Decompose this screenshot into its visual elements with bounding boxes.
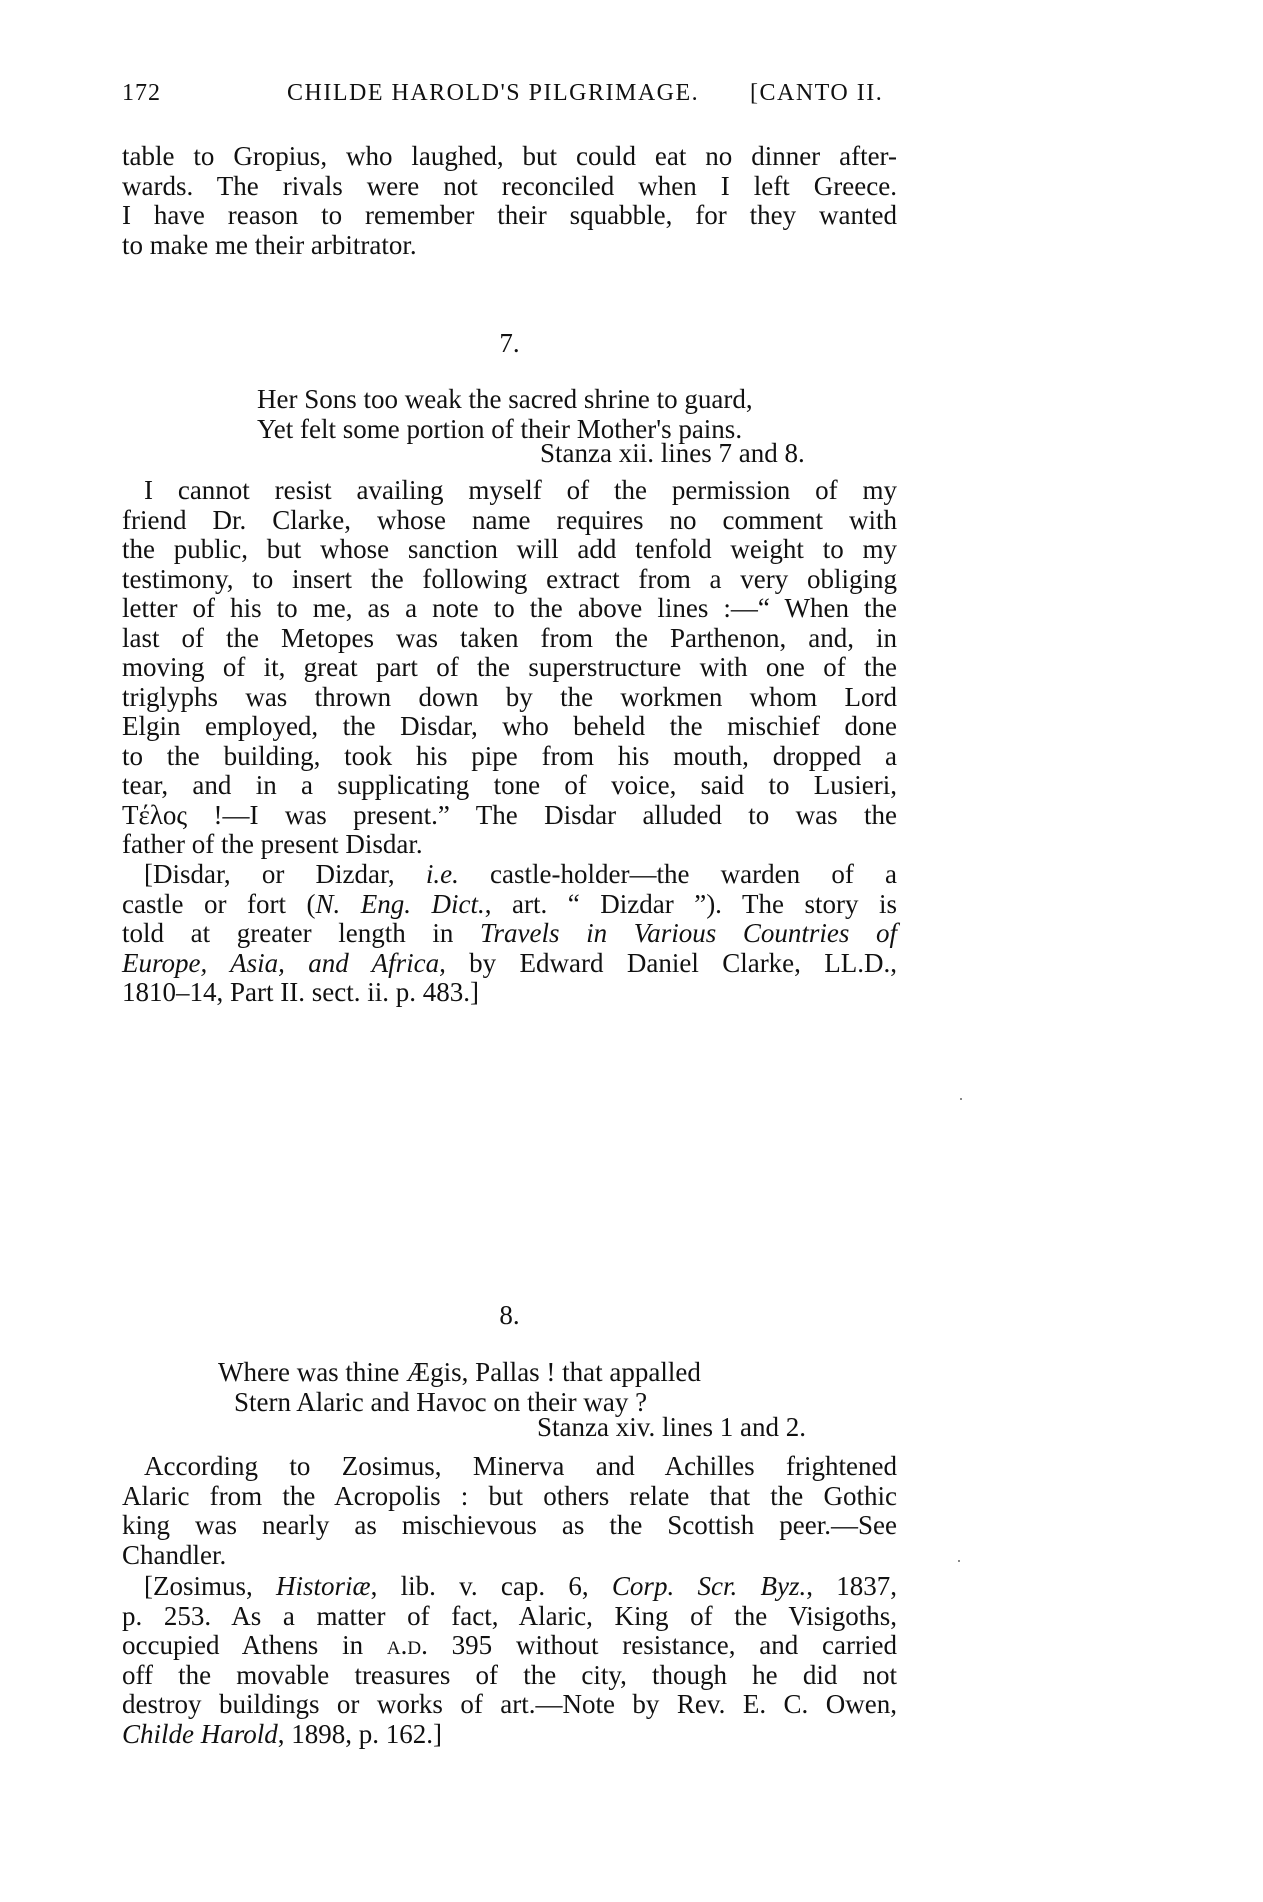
- text-line: castle or fort (N. Eng. Dict., art. “ Di…: [122, 890, 897, 920]
- text-run: castle or fort (: [122, 889, 315, 919]
- text-line: to the building, took his pipe from his …: [122, 742, 897, 772]
- verse-line: Her Sons too weak the sacred shrine to g…: [257, 385, 753, 415]
- text-line: Childe Harold, 1898, p. 162.]: [122, 1720, 897, 1750]
- editor-note-paragraph: [Zosimus, Historiæ, lib. v. cap. 6, Corp…: [122, 1572, 897, 1749]
- text-run: castle-holder—the warden of a: [459, 859, 897, 889]
- stanza-reference: Stanza xii. lines 7 and 8.: [540, 438, 805, 469]
- text-line: occupied Athens in a.d. 395 without resi…: [122, 1631, 897, 1661]
- running-title: CHILDE HAROLD'S PILGRIMAGE.: [287, 80, 699, 107]
- small-caps-run: a.d.: [387, 1630, 428, 1660]
- text-line: wards. The rivals were not reconciled wh…: [122, 172, 897, 202]
- text-line: letter of his to me, as a note to the ab…: [122, 594, 897, 624]
- text-line: I have reason to remember their squabble…: [122, 201, 897, 231]
- note-paragraph: According to Zosimus, Minerva and Achill…: [122, 1452, 897, 1570]
- text-line: last of the Metopes was taken from the P…: [122, 624, 897, 654]
- text-line: [Zosimus, Historiæ, lib. v. cap. 6, Corp…: [122, 1572, 897, 1602]
- text-line: According to Zosimus, Minerva and Achill…: [122, 1452, 897, 1482]
- page-number: 172: [122, 80, 161, 107]
- continuation-paragraph: table to Gropius, who laughed, but could…: [122, 142, 897, 260]
- note-number: 7.: [122, 328, 897, 359]
- text-run: , art. “ Dizdar ”). The story is: [485, 889, 897, 919]
- text-line: table to Gropius, who laughed, but could…: [122, 142, 897, 172]
- italic-run: i.e.: [426, 859, 459, 889]
- editor-note-paragraph: [Disdar, or Dizdar, i.e. castle-holder—t…: [122, 860, 897, 1008]
- text-run: , 1837,: [806, 1571, 897, 1601]
- text-line: father of the present Disdar.: [122, 830, 897, 860]
- text-line: [Disdar, or Dizdar, i.e. castle-holder—t…: [122, 860, 897, 890]
- text-line: Alaric from the Acropolis : but others r…: [122, 1482, 897, 1512]
- italic-run: Europe, Asia, and Africa,: [122, 948, 446, 978]
- text-line: destroy buildings or works of art.—Note …: [122, 1690, 897, 1720]
- text-line: I cannot resist availing myself of the p…: [122, 476, 897, 506]
- scan-speck: [960, 1098, 962, 1100]
- text-line: Elgin employed, the Disdar, who beheld t…: [122, 712, 897, 742]
- text-line: tear, and in a supplicating tone of voic…: [122, 771, 897, 801]
- text-line: off the movable treasures of the city, t…: [122, 1661, 897, 1691]
- text-line: Tέλος !—I was present.” The Disdar allud…: [122, 801, 897, 831]
- text-line: told at greater length in Travels in Var…: [122, 919, 897, 949]
- stanza-reference: Stanza xiv. lines 1 and 2.: [537, 1412, 806, 1443]
- note-paragraph: I cannot resist availing myself of the p…: [122, 476, 897, 860]
- text-run: 395 without resistance, and carried: [428, 1630, 897, 1660]
- text-run: told at greater length in: [122, 918, 480, 948]
- text-run: , lib. v. cap. 6,: [371, 1571, 612, 1601]
- text-line: testimony, to insert the following extra…: [122, 565, 897, 595]
- scan-speck: [958, 1560, 960, 1562]
- italic-run: Travels in Various Countries of: [480, 918, 897, 948]
- verse-line: Where was thine Ægis, Pallas ! that appa…: [218, 1358, 701, 1388]
- italic-run: Childe Harold: [122, 1719, 278, 1749]
- text-line: moving of it, great part of the superstr…: [122, 653, 897, 683]
- text-run: [Zosimus,: [144, 1571, 276, 1601]
- text-line: the public, but whose sanction will add …: [122, 535, 897, 565]
- canto-label: [CANTO II.: [750, 80, 883, 107]
- verse-quote: Where was thine Ægis, Pallas ! that appa…: [218, 1358, 701, 1417]
- text-line: king was nearly as mischievous as the Sc…: [122, 1511, 897, 1541]
- italic-run: Corp. Scr. Byz.: [612, 1571, 806, 1601]
- text-line: Chandler.: [122, 1541, 897, 1571]
- text-line: triglyphs was thrown down by the workmen…: [122, 683, 897, 713]
- text-run: occupied Athens in: [122, 1630, 387, 1660]
- text-run: [Disdar, or Dizdar,: [144, 859, 426, 889]
- text-line: Europe, Asia, and Africa, by Edward Dani…: [122, 949, 897, 979]
- text-run: by Edward Daniel Clarke, LL.D.,: [446, 948, 897, 978]
- text-line: to make me their arbitrator.: [122, 231, 897, 261]
- verse-quote: Her Sons too weak the sacred shrine to g…: [257, 385, 753, 444]
- text-line: 1810–14, Part II. sect. ii. p. 483.]: [122, 978, 897, 1008]
- running-header: 172 CHILDE HAROLD'S PILGRIMAGE. [CANTO I…: [122, 80, 897, 114]
- note-number: 8.: [122, 1300, 897, 1331]
- text-line: p. 253. As a matter of fact, Alaric, Kin…: [122, 1602, 897, 1632]
- italic-run: Historiæ: [276, 1571, 371, 1601]
- italic-run: N. Eng. Dict.: [315, 889, 484, 919]
- text-run: , 1898, p. 162.]: [278, 1719, 442, 1749]
- text-line: friend Dr. Clarke, whose name requires n…: [122, 506, 897, 536]
